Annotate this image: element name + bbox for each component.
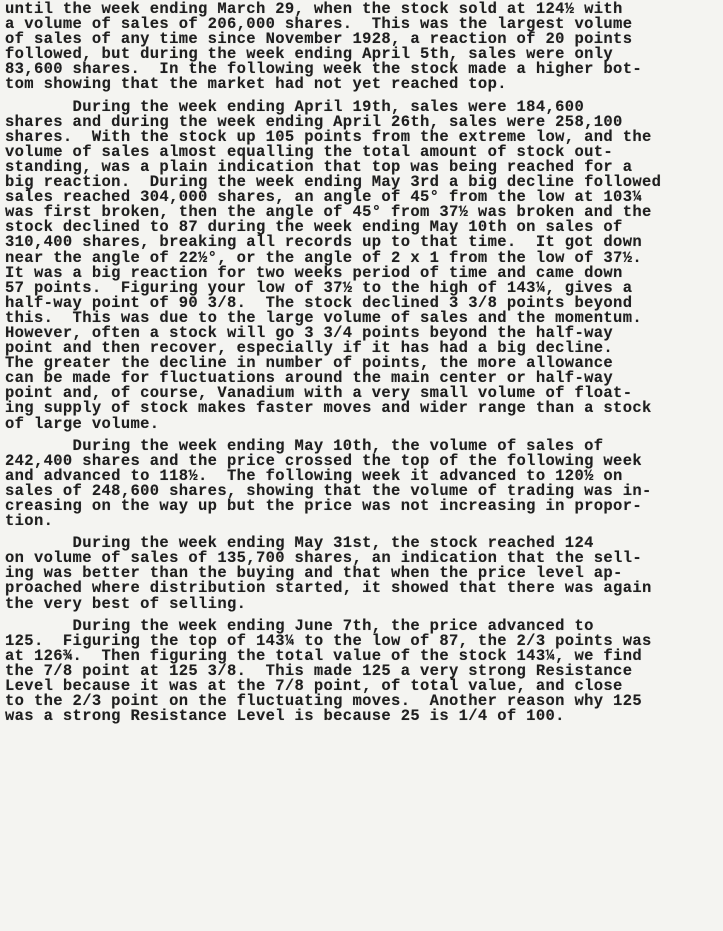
document-page: until the week ending March 29, when the…	[0, 0, 723, 931]
paragraph-april-may-reaction: During the week ending April 19th, sales…	[5, 100, 721, 432]
paragraph-may-31-week: During the week ending May 31st, the sto…	[5, 536, 721, 611]
paragraph-may-10-week: During the week ending May 10th, the vol…	[5, 439, 721, 530]
paragraph-march-29-week: until the week ending March 29, when the…	[5, 2, 721, 93]
typewritten-text: until the week ending March 29, when the…	[5, 2, 721, 731]
paragraph-june-7-week: During the week ending June 7th, the pri…	[5, 619, 721, 725]
